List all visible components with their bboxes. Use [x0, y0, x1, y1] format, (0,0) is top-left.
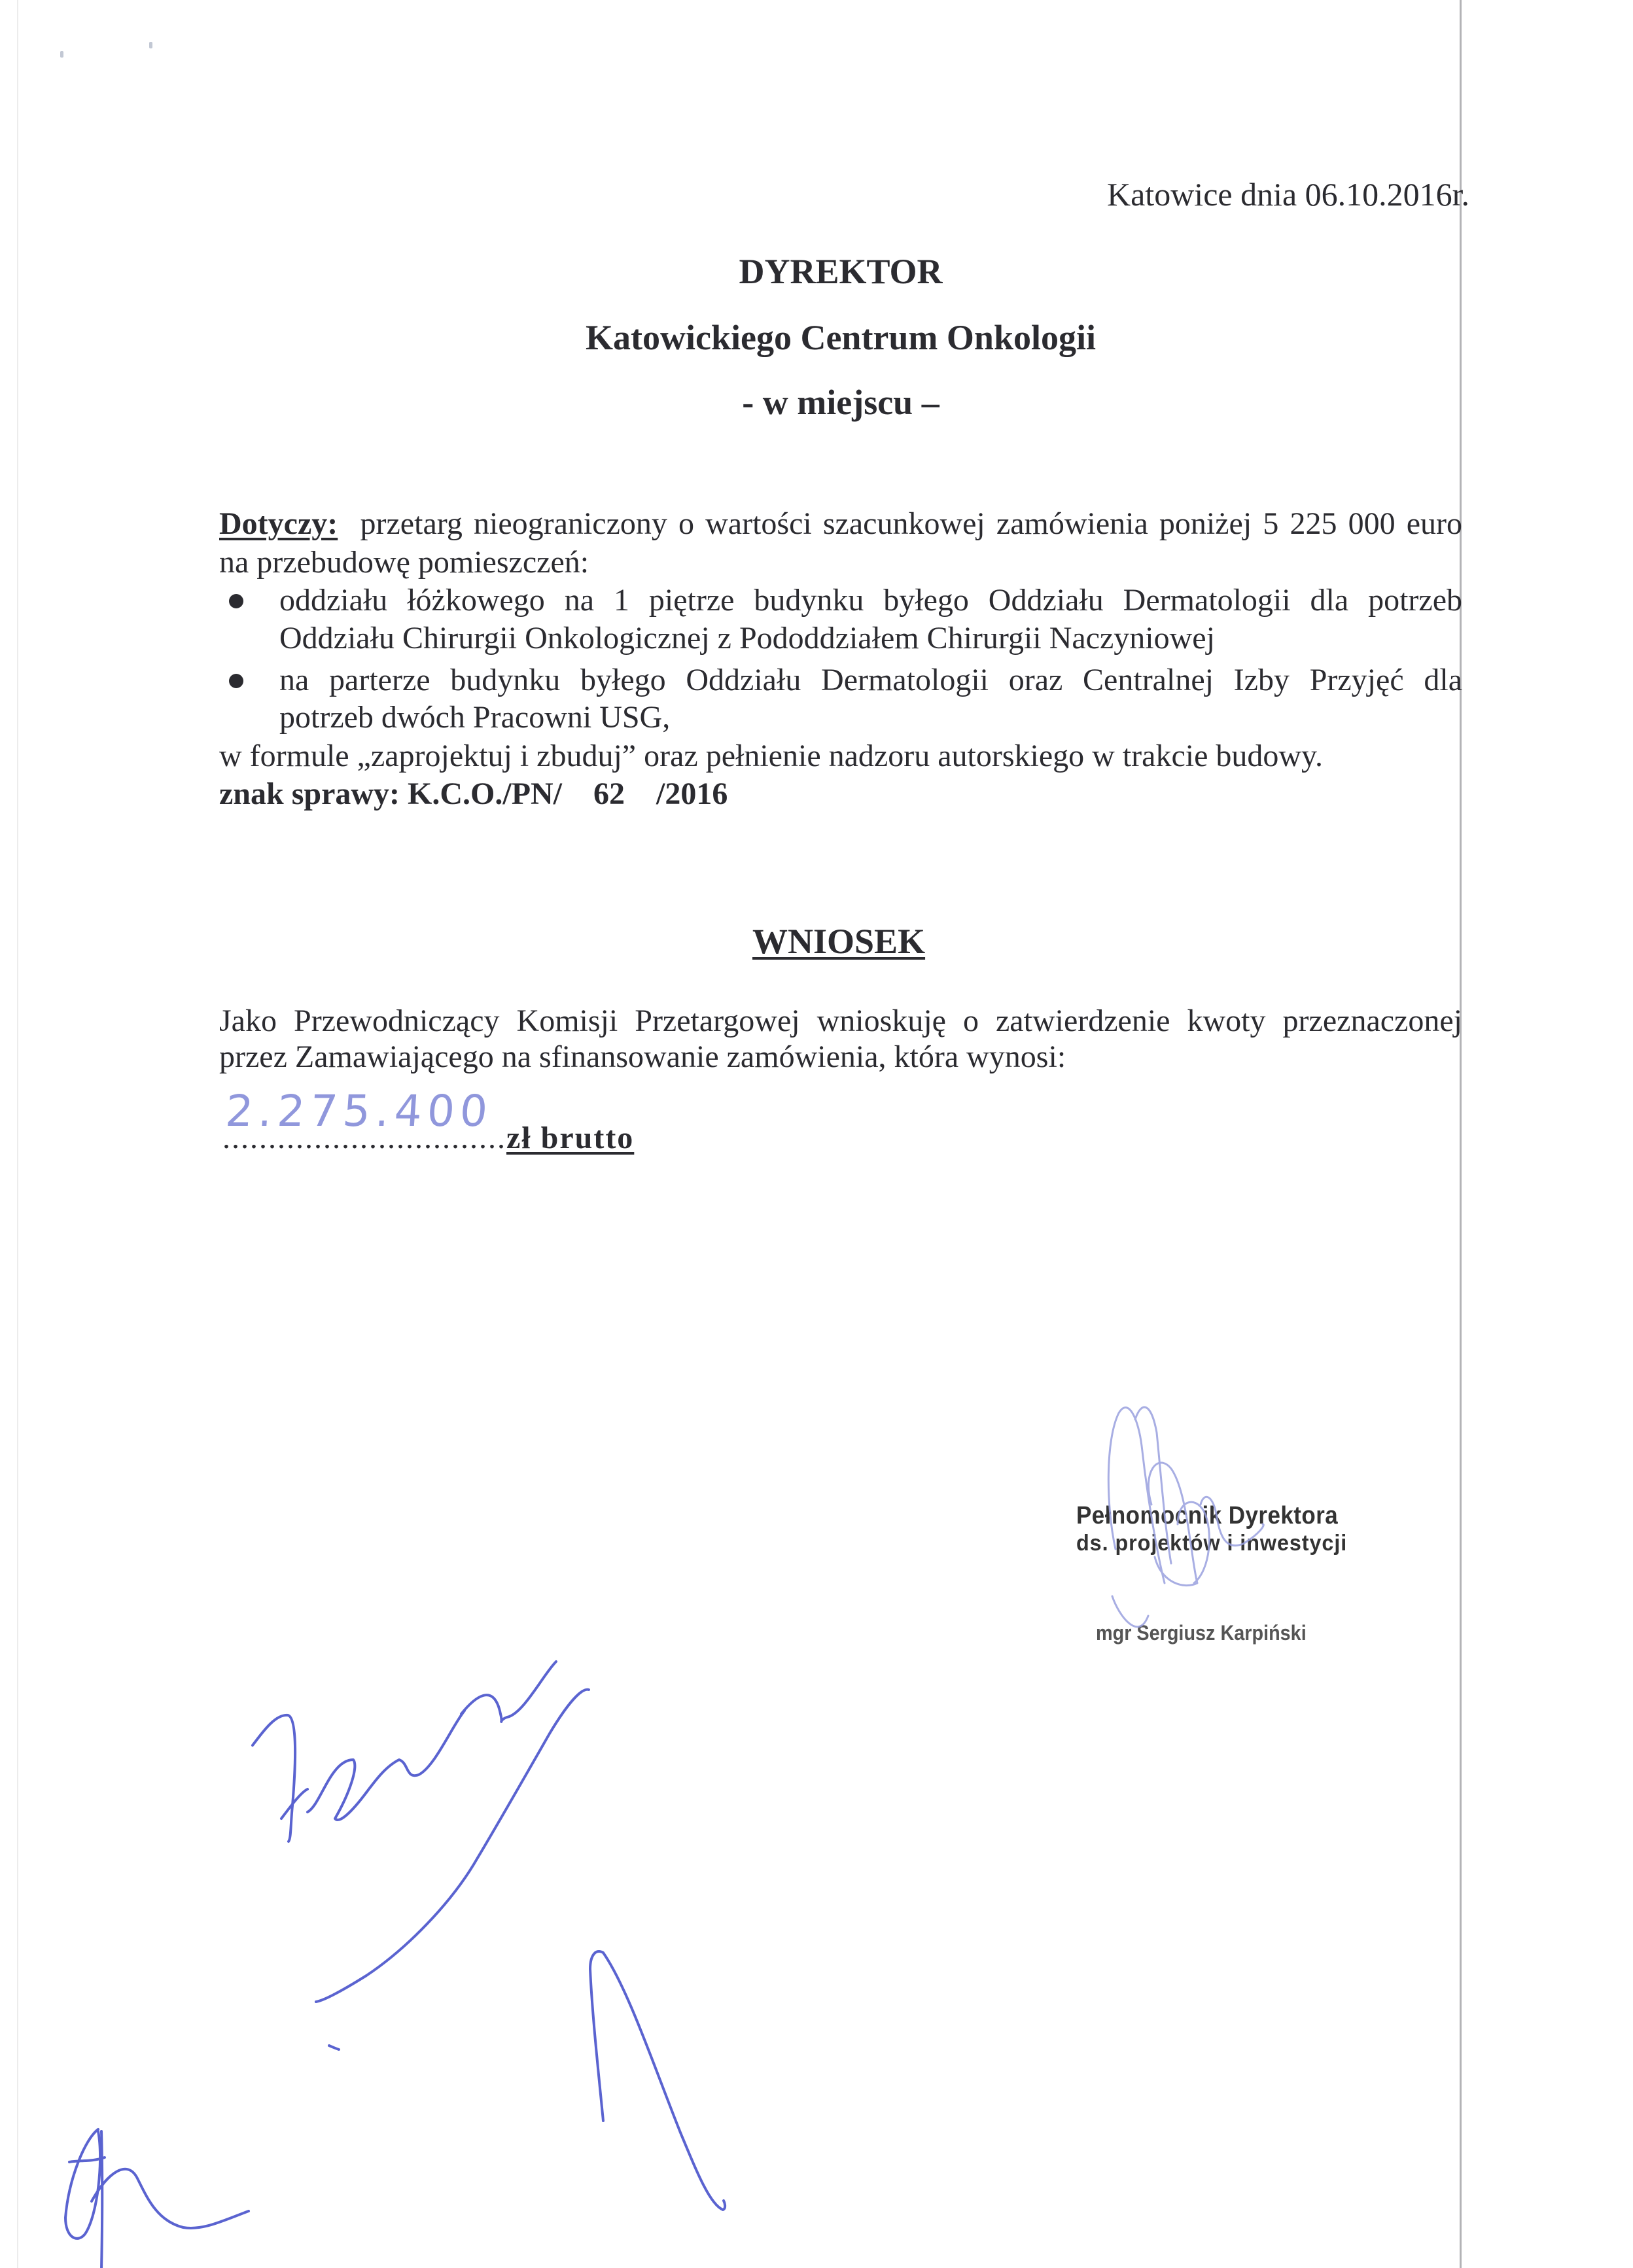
subject-label: Dotyczy:: [219, 506, 338, 541]
amount-dotted-line: ...............................zł brutto: [222, 1123, 634, 1154]
bullet-1-line-2: Oddziału Chirurgii Onkologicznej z Podod…: [279, 623, 1215, 654]
scan-speck: [60, 51, 63, 58]
stamp-department: ds. projektów i inwestycji: [1076, 1531, 1347, 1556]
amount-suffix: zł brutto: [506, 1121, 634, 1155]
scan-left-edge: [17, 0, 18, 2268]
place-date: Katowice dnia 06.10.2016r.: [1107, 178, 1469, 211]
subject-line-2: na przebudowę pomieszczeń:: [219, 547, 589, 578]
case-number: znak sprawy: K.C.O./PN/ 62 /2016: [219, 778, 728, 810]
stamp-position: Pełnomocnik Dyrektora: [1076, 1502, 1338, 1530]
approval-signature-icon: [253, 1662, 589, 2050]
document-page: Katowice dnia 06.10.2016r. DYREKTOR Kato…: [0, 0, 1633, 2268]
bullet-icon: [229, 674, 243, 688]
addressee-location: - w miejscu –: [219, 385, 1462, 420]
request-body-line-1: Jako Przewodniczący Komisji Przetargowej…: [219, 1005, 1462, 1037]
request-body-line-2: przez Zamawiającego na sfinansowanie zam…: [219, 1041, 1066, 1073]
bullet-1-line-1: oddziału łóżkowego na 1 piętrze budynku …: [279, 585, 1462, 616]
subject-line-1: Dotyczy: przetarg nieograniczony o warto…: [219, 508, 1462, 540]
addressee-title: DYREKTOR: [219, 254, 1462, 289]
stamp-name: mgr Sergiusz Karpiński: [1096, 1621, 1307, 1645]
addressee-institution: Katowickiego Centrum Onkologii: [219, 320, 1462, 355]
bullet-2-line-2: potrzeb dwóch Pracowni USG,: [279, 702, 670, 733]
subject-formula: w formule „zaprojektuj i zbuduj” oraz pe…: [219, 741, 1323, 772]
amount-dots: ...............................: [222, 1121, 506, 1155]
scan-speck: [149, 42, 152, 48]
bullet-2-line-1: na parterze budynku byłego Oddziału Derm…: [279, 665, 1462, 696]
request-title: WNIOSEK: [752, 924, 925, 959]
bullet-icon: [229, 594, 243, 608]
initials-icon: [65, 2129, 249, 2268]
subject-text: przetarg nieograniczony o wartości szacu…: [360, 506, 1462, 541]
check-stroke-icon: [590, 1951, 725, 2210]
